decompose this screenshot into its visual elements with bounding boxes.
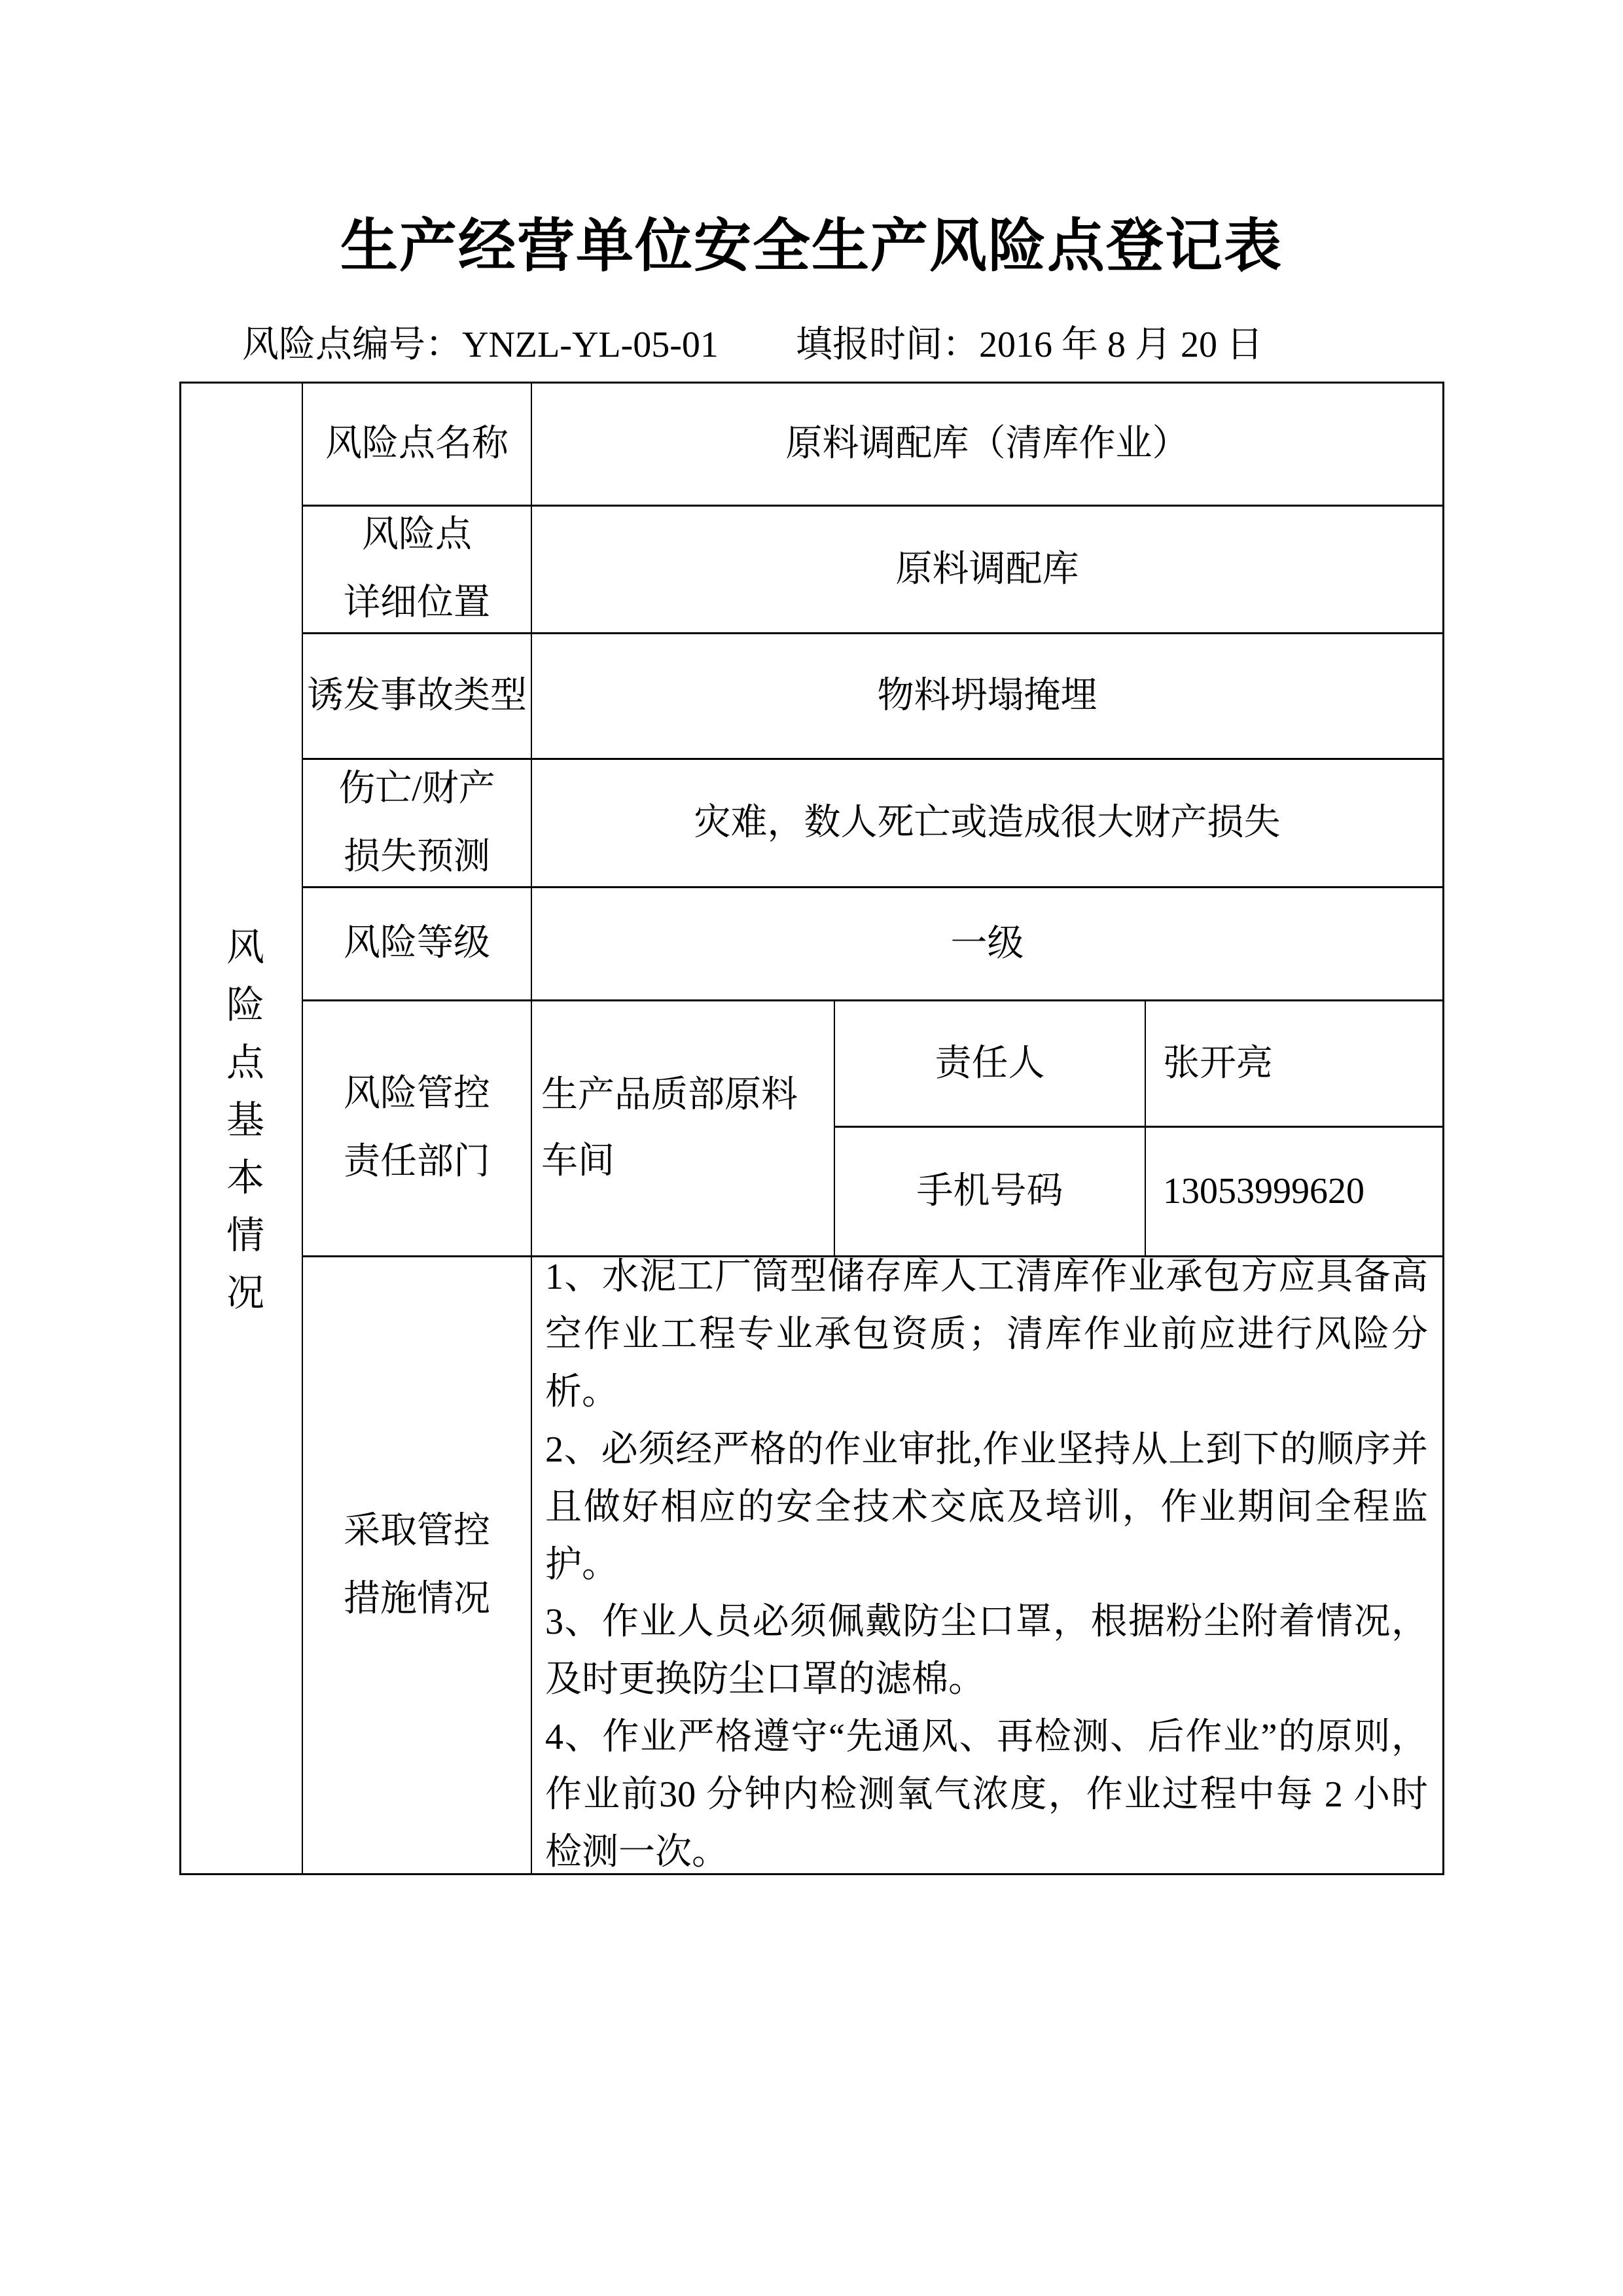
row-label-control-measures: 采取管控 措施情况 — [302, 1255, 531, 1873]
measure-item-3: 3、作业人员必须佩戴防尘口罩，根据粉尘附着情况，及时更换防尘口罩的滤棉。 — [545, 1594, 1428, 1709]
measure-item-1: 1、水泥工厂筒型储存库人工清库作业承包方应具备高空作业工程专业承包资质；清库作业… — [545, 1255, 1428, 1422]
document-page: 生产经营单位安全生产风险点登记表 风险点编号：YNZL-YL-05-01 填报时… — [0, 0, 1623, 2296]
row-label-risk-level: 风险等级 — [302, 886, 531, 999]
row-label-loss-forecast: 伤亡/财产 损失预测 — [302, 758, 531, 886]
cell-loss-forecast-value: 灾难，数人死亡或造成很大财产损失 — [531, 758, 1442, 886]
row-label-accident-type: 诱发事故类型 — [302, 632, 531, 758]
row-label-control-department: 风险管控 责任部门 — [302, 999, 531, 1255]
risk-point-table: 风险点基本情况 风险点名称 原料调配库（清库作业） 风险点 详细位置 原料调配库… — [179, 382, 1444, 1875]
cell-phone-label: 手机号码 — [834, 1126, 1145, 1255]
row-label-risk-point-name: 风险点名称 — [302, 384, 531, 505]
cell-person-value: 张开亮 — [1145, 999, 1442, 1126]
cell-person-label: 责任人 — [834, 999, 1145, 1126]
cell-phone-value: 13053999620 — [1145, 1126, 1442, 1255]
row-label-detailed-location: 风险点 详细位置 — [302, 505, 531, 632]
measure-item-2: 2、必须经严格的作业审批,作业坚持从上到下的顺序并且做好相应的安全技术交底及培训… — [545, 1422, 1428, 1594]
cell-department-value: 生产品质部原料车间 — [531, 999, 834, 1255]
cell-control-measures: 1、水泥工厂筒型储存库人工清库作业承包方应具备高空作业工程专业承包资质；清库作业… — [531, 1255, 1442, 1873]
cell-risk-point-name-value: 原料调配库（清库作业） — [531, 384, 1442, 505]
cell-accident-type-value: 物料坍塌掩埋 — [531, 632, 1442, 758]
side-header-cell: 风险点基本情况 — [181, 384, 302, 1873]
cell-detailed-location-value: 原料调配库 — [531, 505, 1442, 632]
risk-point-code: 风险点编号：YNZL-YL-05-01 — [242, 323, 719, 367]
fill-date: 填报时间：2016 年 8 月 20 日 — [796, 323, 1263, 367]
cell-risk-level-value: 一级 — [531, 886, 1442, 999]
document-title: 生产经营单位安全生产风险点登记表 — [0, 200, 1623, 283]
meta-row: 风险点编号：YNZL-YL-05-01 填报时间：2016 年 8 月 20 日 — [179, 323, 1444, 367]
side-header-text: 风险点基本情况 — [223, 927, 260, 1330]
measure-item-4: 4、作业严格遵守“先通风、再检测、后作业”的原则，作业前30 分钟内检测氧气浓度… — [545, 1709, 1428, 1873]
